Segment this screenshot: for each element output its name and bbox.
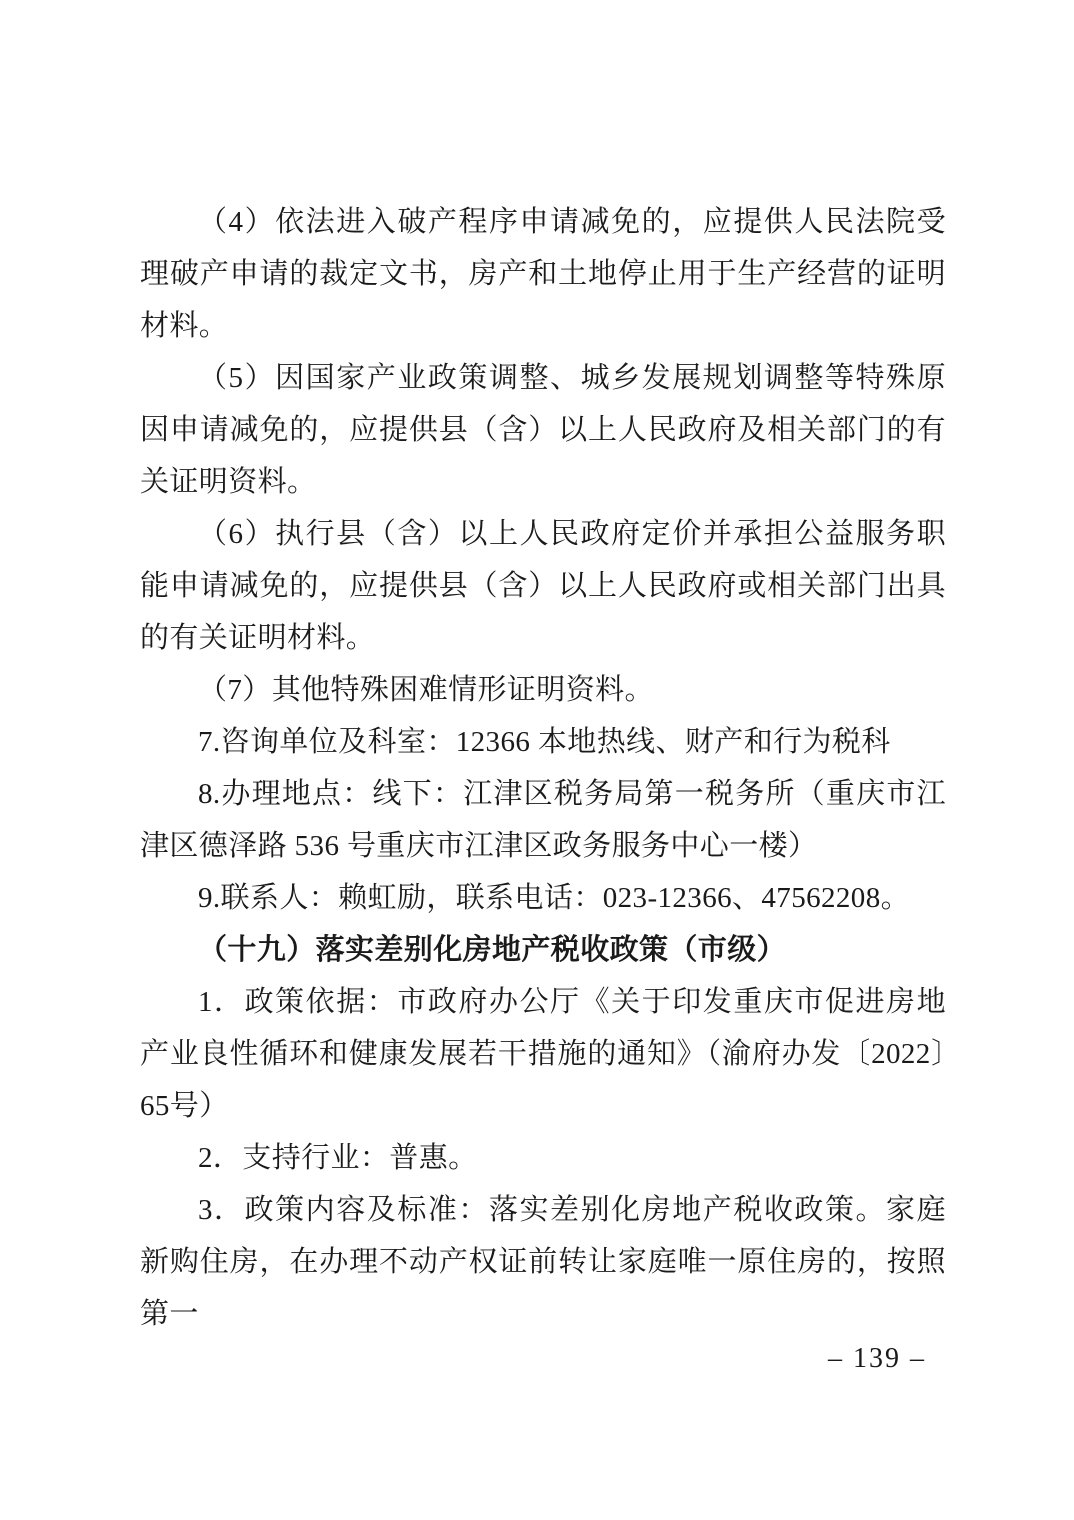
document-page: （4）依法进入破产程序申请减免的，应提供人民法院受理破产申请的裁定文书，房产和土… bbox=[0, 0, 1074, 1520]
document-body: （4）依法进入破产程序申请减免的，应提供人民法院受理破产申请的裁定文书，房产和土… bbox=[140, 196, 946, 1340]
section-heading: （十九）落实差别化房地产税收政策（市级） bbox=[140, 924, 946, 976]
paragraph: 9.联系人：赖虹励，联系电话：023-12366、47562208。 bbox=[140, 872, 946, 924]
page-number: – 139 – bbox=[828, 1342, 926, 1376]
paragraph: 8.办理地点：线下：江津区税务局第一税务所（重庆市江津区德泽路 536 号重庆市… bbox=[140, 768, 946, 872]
paragraph: 1．政策依据：市政府办公厅《关于印发重庆市促进房地产业良性循环和健康发展若干措施… bbox=[140, 976, 946, 1132]
paragraph: （4）依法进入破产程序申请减免的，应提供人民法院受理破产申请的裁定文书，房产和土… bbox=[140, 196, 946, 352]
paragraph: （5）因国家产业政策调整、城乡发展规划调整等特殊原因申请减免的，应提供县（含）以… bbox=[140, 352, 946, 508]
paragraph: 3．政策内容及标准：落实差别化房地产税收政策。家庭新购住房，在办理不动产权证前转… bbox=[140, 1184, 946, 1340]
paragraph: （6）执行县（含）以上人民政府定价并承担公益服务职能申请减免的，应提供县（含）以… bbox=[140, 508, 946, 664]
paragraph: 7.咨询单位及科室：12366 本地热线、财产和行为税科 bbox=[140, 716, 946, 768]
paragraph: （7）其他特殊困难情形证明资料。 bbox=[140, 664, 946, 716]
paragraph: 2．支持行业：普惠。 bbox=[140, 1132, 946, 1184]
